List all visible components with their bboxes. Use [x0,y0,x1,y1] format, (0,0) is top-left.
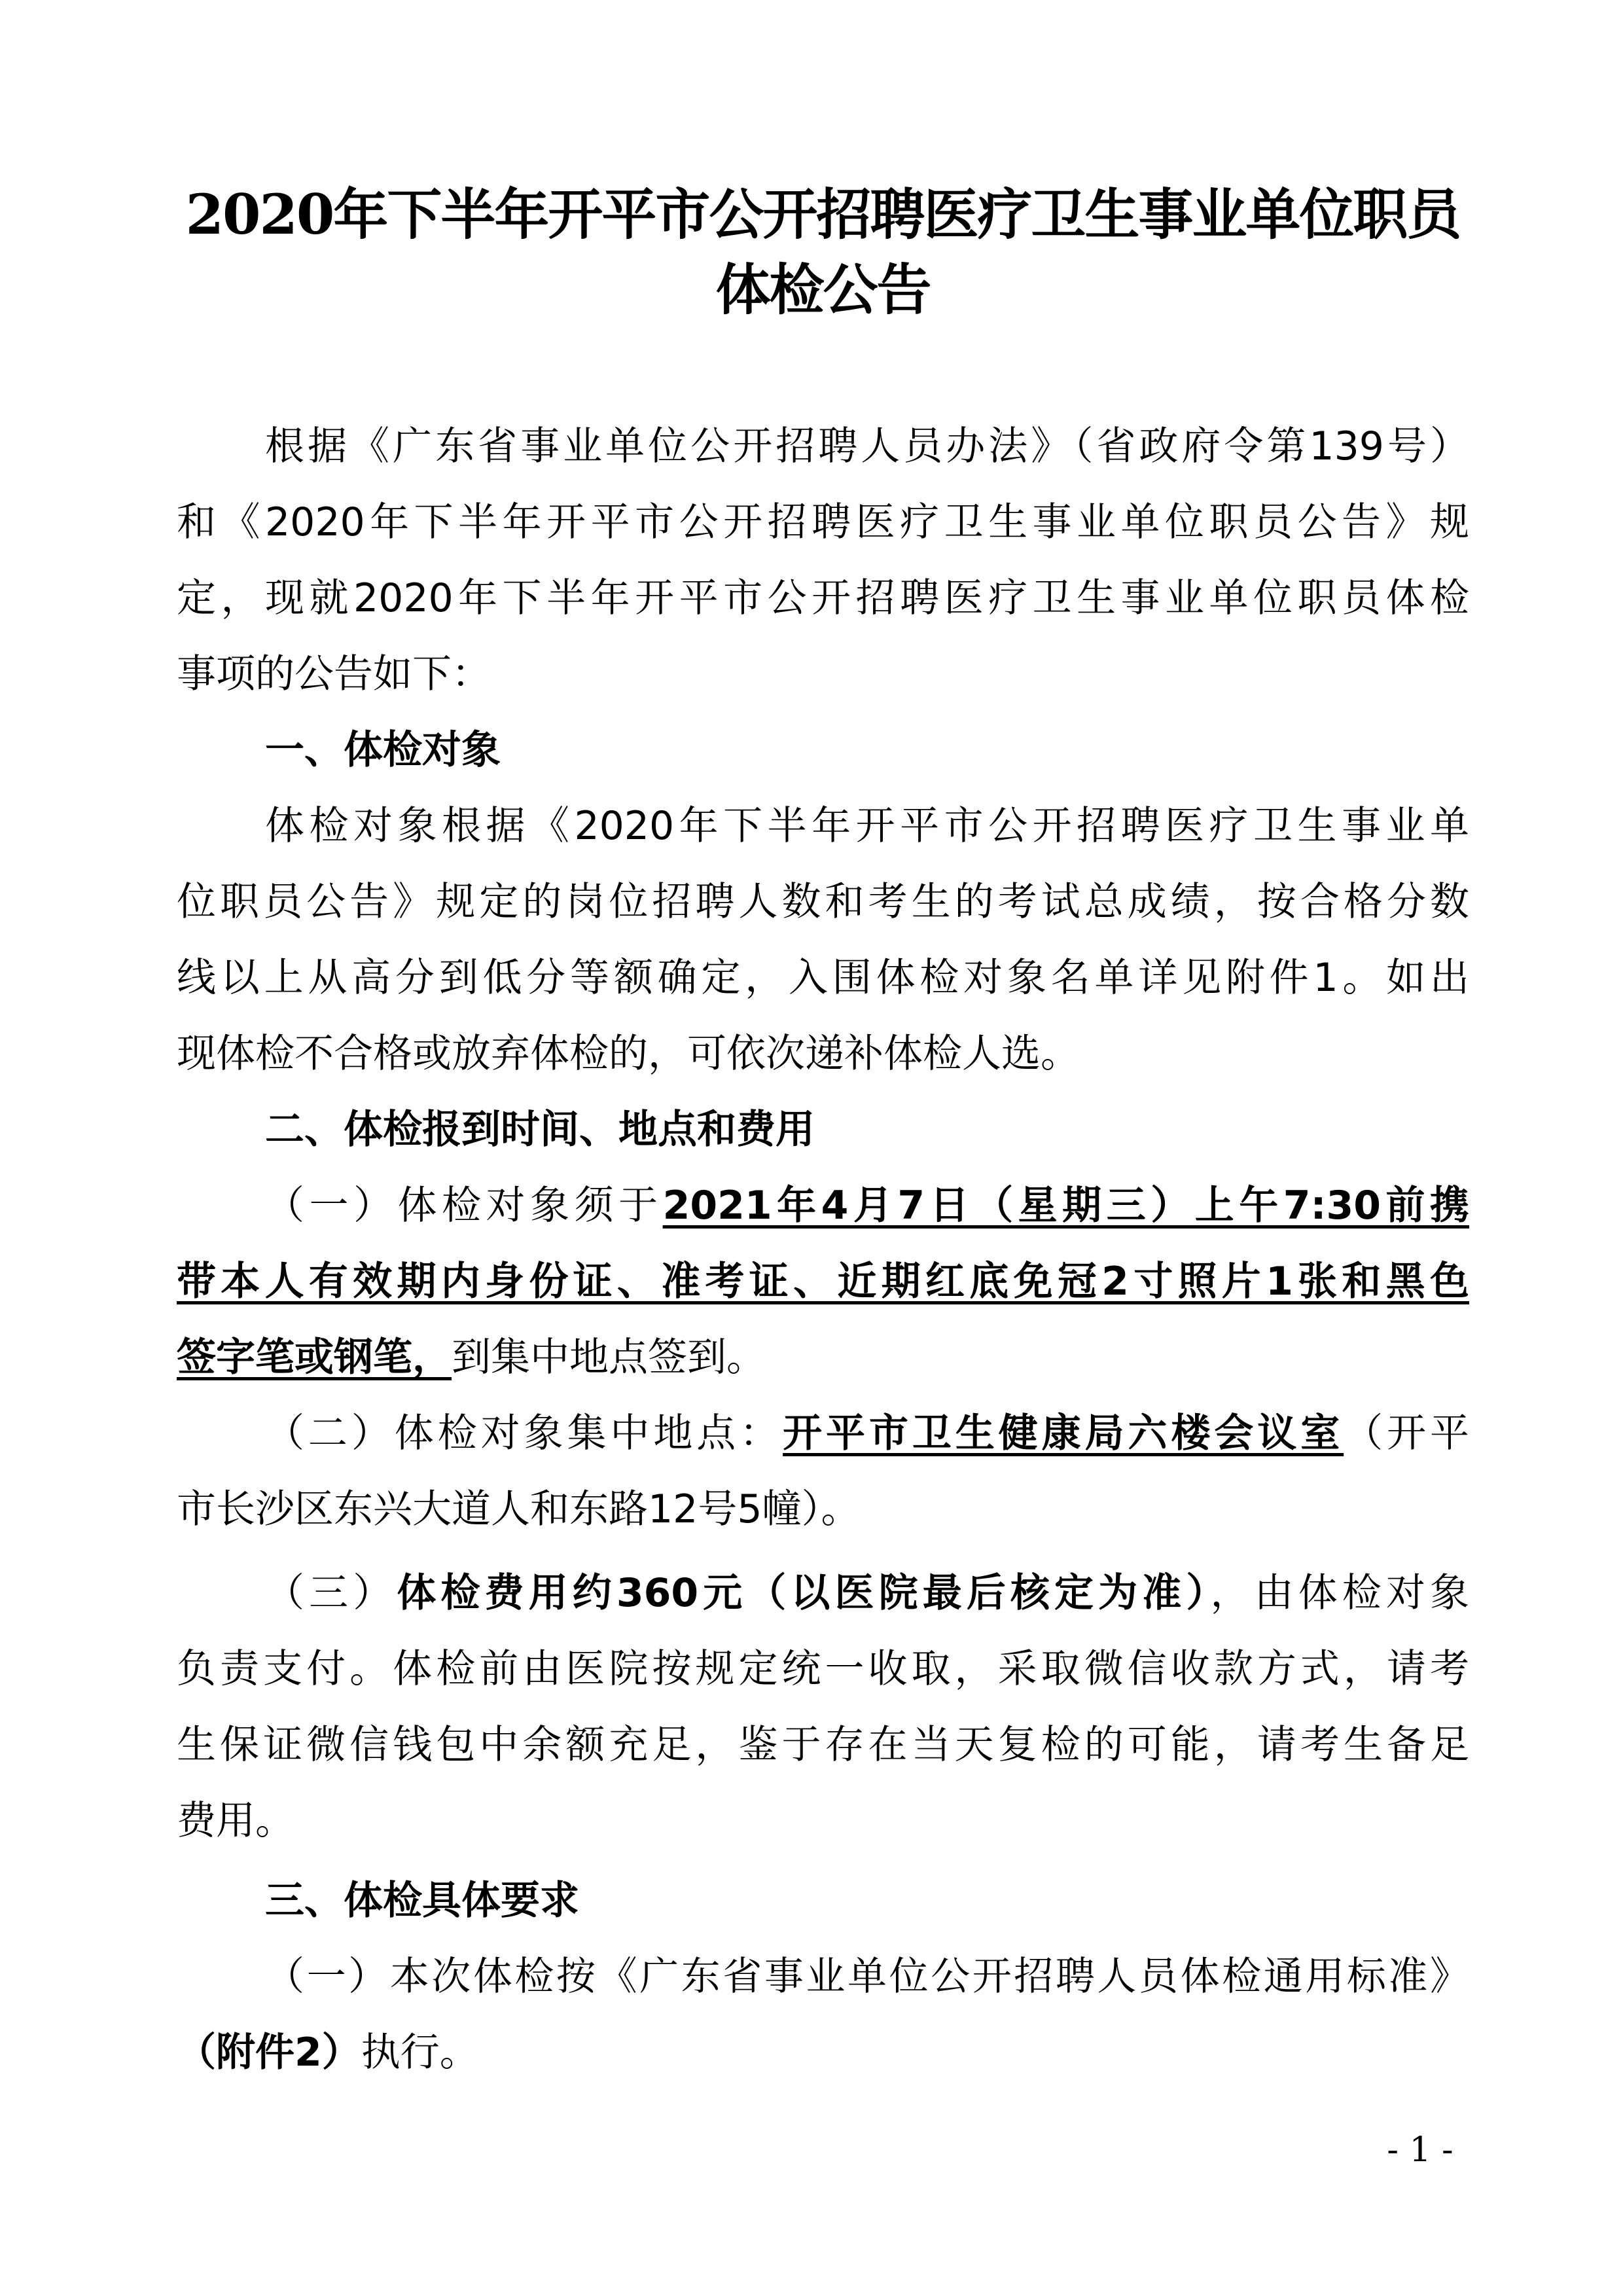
item-3-suffix: ，由体检对象 [1210,1570,1469,1616]
section-1-line-2: 位职员公告》规定的岗位招聘人数和考生的考试总成绩，按合格分数 [177,876,1469,928]
section-1-line-1: 体检对象根据《2020年下半年开平市公开招聘医疗卫生事业单 [265,800,1469,852]
section-3-heading: 三、体检具体要求 [265,1874,579,1927]
section-2-item-3-line-2: 负责支付。体检前由医院按规定统一收取，采取微信收款方式，请考 [177,1643,1469,1695]
document-title-line-2: 体检公告 [177,257,1469,323]
section-1-line-4: 现体检不合格或放弃体检的，可依次递补体检人选。 [177,1028,1469,1080]
item-2-prefix: （二）体检对象集中地点： [265,1410,783,1456]
section-3-item-1-line-1: （一）本次体检按《广东省事业单位公开招聘人员体检通用标准》 [265,1950,1469,2003]
attachment-2-emphasis: （附件2） [177,2030,361,2075]
section-1-line-3: 线以上从高分到低分等额确定，入围体检对象名单详见附件1。如出 [177,952,1469,1004]
pen-requirement-emphasis: 签字笔或钢笔， [177,1335,452,1380]
fee-emphasis: 体检费用约360元（以医院最后核定为准） [397,1570,1210,1616]
page-number: - 1 - [1361,2127,1479,2173]
item-2-suffix: （开平 [1344,1410,1469,1456]
section-2-item-1-line-3: 签字笔或钢笔，到集中地点签到。 [177,1331,1469,1384]
intro-line-1: 根据《广东省事业单位公开招聘人员办法》（省政府令第139号） [265,420,1469,473]
item-1-suffix: 到集中地点签到。 [452,1335,766,1380]
intro-line-2: 和《2020年下半年开平市公开招聘医疗卫生事业单位职员公告》规 [177,496,1469,548]
venue-emphasis: 开平市卫生健康局六楼会议室 [783,1410,1344,1456]
intro-line-4: 事项的公告如下： [177,648,1469,700]
section-2-item-2-line-2: 市长沙区东兴大道人和东路12号5幢）。 [177,1483,1469,1535]
section-2-item-1-line-2: 带本人有效期内身份证、准考证、近期红底免冠2寸照片1张和黑色 [177,1255,1469,1308]
item-1-suffix: 执行。 [361,2030,479,2075]
section-2-item-3-line-4: 费用。 [177,1795,1469,1847]
section-3-item-1-line-2: （附件2）执行。 [177,2026,1469,2079]
section-2-item-1-line-1: （一）体检对象须于2021年4月7日（星期三）上午7:30前携 [265,1179,1469,1232]
document-title-line-1: 2020年下半年开平市公开招聘医疗卫生事业单位职员 [177,182,1469,247]
document-page: 2020年下半年开平市公开招聘医疗卫生事业单位职员 体检公告 根据《广东省事业单… [0,0,1623,2296]
section-2-item-2-line-1: （二）体检对象集中地点：开平市卫生健康局六楼会议室（开平 [265,1407,1469,1460]
required-items-emphasis: 带本人有效期内身份证、准考证、近期红底免冠2寸照片1张和黑色 [177,1259,1469,1304]
section-2-item-3-line-3: 生保证微信钱包中余额充足，鉴于存在当天复检的可能，请考生备足 [177,1719,1469,1771]
exam-date-emphasis: 2021年4月7日（星期三）上午7:30前携 [663,1183,1469,1229]
item-3-prefix: （三） [265,1570,397,1616]
section-2-item-3-line-1: （三）体检费用约360元（以医院最后核定为准），由体检对象 [265,1567,1469,1619]
item-1-prefix: （一）体检对象须于 [265,1183,663,1229]
section-1-heading: 一、体检对象 [265,724,501,776]
intro-line-3: 定，现就2020年下半年开平市公开招聘医疗卫生事业单位职员体检 [177,572,1469,624]
section-2-heading: 二、体检报到时间、地点和费用 [265,1103,815,1156]
